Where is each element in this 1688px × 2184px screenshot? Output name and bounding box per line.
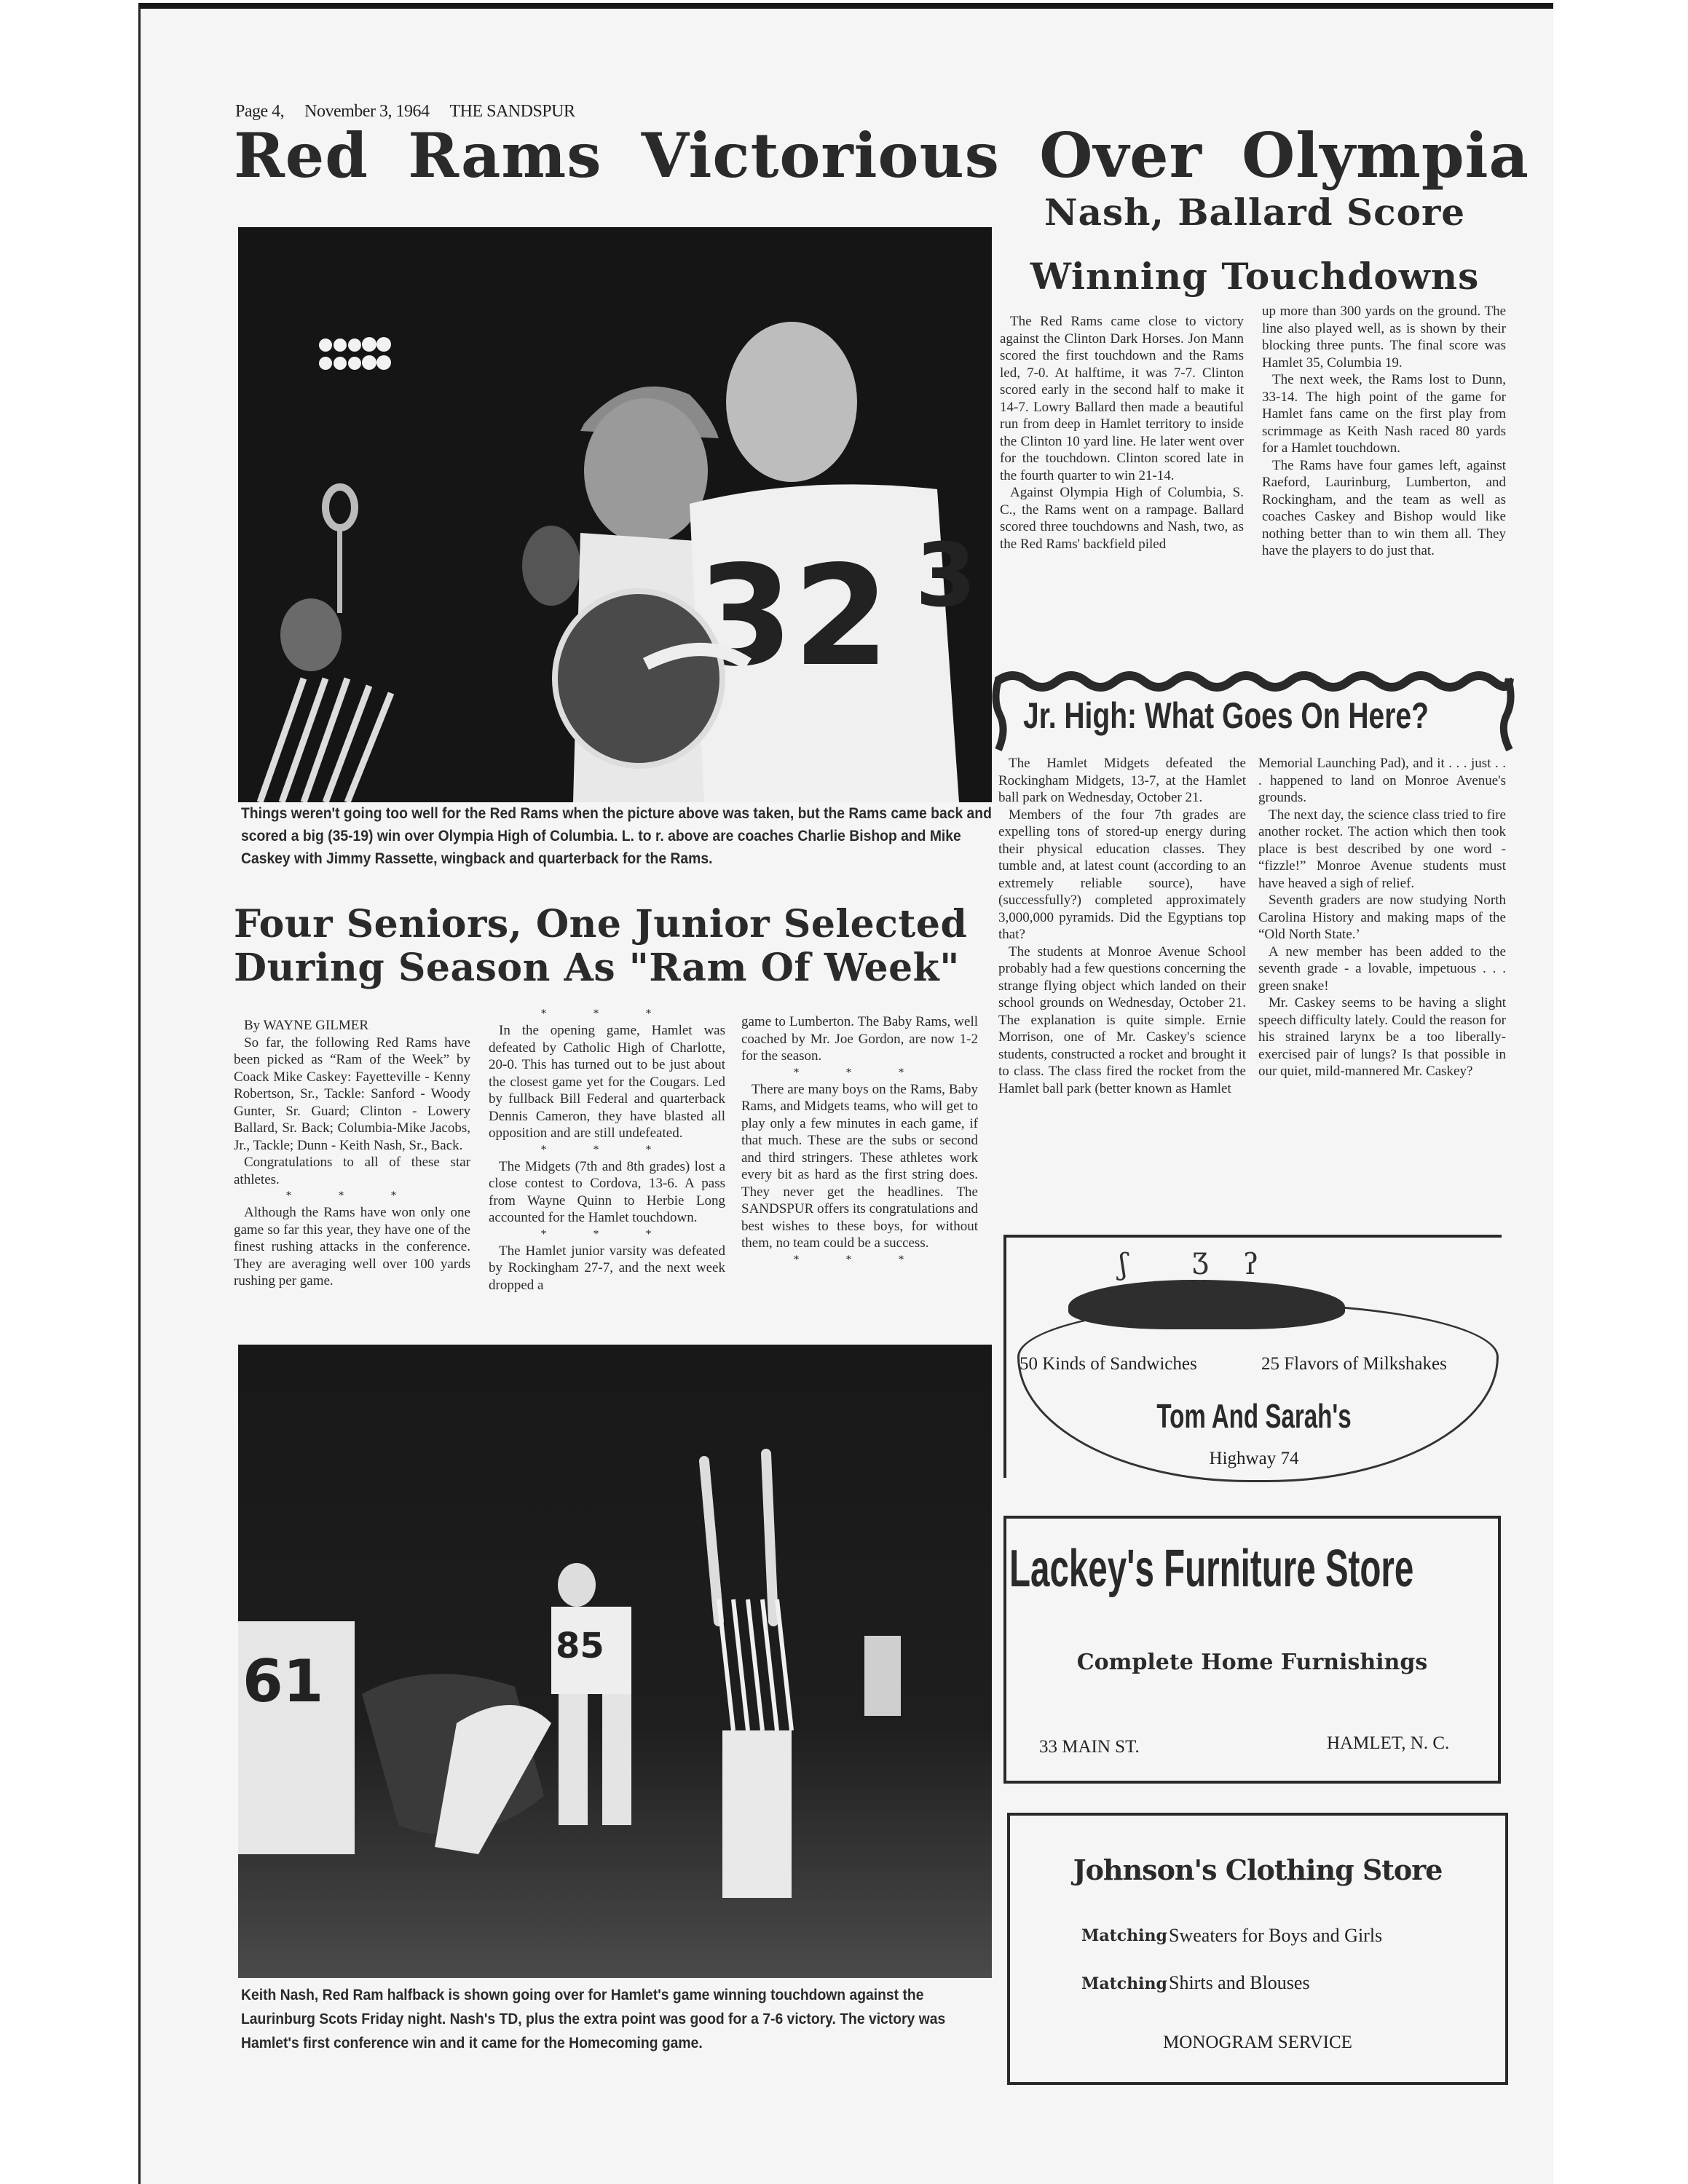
paragraph: The next week, the Rams lost to Dunn, 33… bbox=[1262, 371, 1506, 457]
svg-text:32: 32 bbox=[697, 536, 889, 697]
paragraph: The Rams have four games left, against R… bbox=[1262, 457, 1506, 560]
lackeys-furniture-ad: Lackey's Furniture Store Complete Home F… bbox=[1003, 1516, 1501, 1784]
jr-high-headline: Jr. High: What Goes On Here? bbox=[1023, 695, 1429, 737]
lackeys-name: Lackey's Furniture Store bbox=[1009, 1539, 1413, 1599]
section-separator: * * * bbox=[489, 1006, 725, 1022]
page-number: Page 4, bbox=[235, 102, 284, 121]
byline: By WAYNE GILMER bbox=[234, 1017, 470, 1034]
milkshakes-text: 25 Flavors of Milkshakes bbox=[1261, 1354, 1447, 1374]
paragraph: A new member has been added to the seven… bbox=[1258, 943, 1506, 995]
paragraph: The Hamlet Midgets defeated the Rockingh… bbox=[998, 755, 1246, 807]
paragraph: game to Lumberton. The Baby Rams, well c… bbox=[741, 1013, 978, 1065]
sideline-photo-illustration: 32 3 bbox=[238, 227, 992, 802]
ram-of-week-headline: Four Seniors, One Junior Selected During… bbox=[234, 903, 1002, 990]
paragraph: Although the Rams have won only one game… bbox=[234, 1204, 470, 1290]
steam-icon: Ʒ bbox=[1192, 1248, 1209, 1281]
matching-label-2: Matching bbox=[1081, 1974, 1167, 1993]
lead-headline: Red Rams Victorious Over Olympia bbox=[234, 125, 1515, 186]
johnsons-clothing-ad: Johnson's Clothing Store Matching Sweate… bbox=[1007, 1813, 1508, 2085]
touchdown-photo-illustration: 61 85 bbox=[238, 1345, 992, 1978]
matching-label-1: Matching bbox=[1081, 1926, 1167, 1945]
paragraph: Mr. Caskey seems to be having a slight s… bbox=[1258, 994, 1506, 1080]
issue-date: November 3, 1964 bbox=[304, 102, 429, 121]
tom-and-sarahs-name: Tom And Sarah's bbox=[1076, 1396, 1432, 1436]
svg-text:85: 85 bbox=[556, 1626, 604, 1666]
paragraph: The next day, the science class tried to… bbox=[1258, 807, 1506, 893]
ram-of-week-column-2: * * * In the opening game, Hamlet was de… bbox=[489, 1006, 725, 1294]
lead-story-column-1: The Red Rams came close to victory again… bbox=[1000, 313, 1244, 553]
section-separator: * * * bbox=[234, 1188, 470, 1204]
steam-icon: ʔ bbox=[1243, 1248, 1258, 1281]
paragraph: Congratulations to all of these star ath… bbox=[234, 1154, 470, 1188]
tom-and-sarahs-ad: ʃ Ʒ ʔ 50 Kinds of Sandwiches 25 Flavors … bbox=[1003, 1235, 1502, 1478]
lackeys-tagline: Complete Home Furnishings bbox=[1006, 1650, 1498, 1675]
ram-of-week-headline-line-1: Four Seniors, One Junior Selected bbox=[234, 903, 1002, 946]
lackeys-address: 33 MAIN ST. bbox=[1039, 1737, 1140, 1757]
ram-of-week-column-3: game to Lumberton. The Baby Rams, well c… bbox=[741, 1013, 978, 1268]
section-separator: * * * bbox=[489, 1142, 725, 1158]
paragraph: In the opening game, Hamlet was defeated… bbox=[489, 1022, 725, 1142]
paragraph: Seventh graders are now studying North C… bbox=[1258, 892, 1506, 943]
section-separator: * * * bbox=[741, 1065, 978, 1081]
steam-icon: ʃ bbox=[1119, 1248, 1127, 1281]
paper-name: THE SANDSPUR bbox=[449, 102, 575, 121]
section-separator: * * * bbox=[741, 1252, 978, 1268]
touchdown-photo-caption: Keith Nash, Red Ram halfback is shown go… bbox=[241, 1983, 998, 2055]
sideline-photo: 32 3 bbox=[238, 227, 992, 802]
johnsons-name: Johnson's Clothing Store bbox=[1010, 1853, 1505, 1886]
svg-text:3: 3 bbox=[915, 526, 977, 627]
paragraph: Members of the four 7th grades are expel… bbox=[998, 807, 1246, 943]
sweaters-text: Sweaters for Boys and Girls bbox=[1169, 1925, 1382, 1947]
touchdown-photo: 61 85 bbox=[238, 1345, 992, 1978]
jr-high-headline-box: Jr. High: What Goes On Here? bbox=[991, 664, 1515, 751]
shirts-text: Shirts and Blouses bbox=[1169, 1972, 1310, 1994]
paragraph: So far, the following Red Rams have been… bbox=[234, 1034, 470, 1155]
tom-and-sarahs-location: Highway 74 bbox=[1006, 1449, 1502, 1469]
jr-high-column-1: The Hamlet Midgets defeated the Rockingh… bbox=[998, 755, 1246, 1097]
newspaper-page: Page 4,November 3, 1964THE SANDSPUR Red … bbox=[138, 3, 1553, 2184]
paragraph: up more than 300 yards on the ground. Th… bbox=[1262, 303, 1506, 371]
section-separator: * * * bbox=[489, 1227, 725, 1243]
hotdog-icon bbox=[1068, 1280, 1345, 1329]
paragraph: There are many boys on the Rams, Baby Ra… bbox=[741, 1081, 978, 1252]
paragraph: The Midgets (7th and 8th grades) lost a … bbox=[489, 1158, 725, 1227]
ram-of-week-headline-line-2: During Season As "Ram Of Week" bbox=[234, 946, 1002, 990]
sandwiches-text: 50 Kinds of Sandwiches bbox=[1019, 1354, 1197, 1374]
paragraph: The students at Monroe Avenue School pro… bbox=[998, 943, 1246, 1098]
lead-subhead-1: Nash, Ballard Score bbox=[993, 191, 1517, 234]
sideline-photo-caption: Things weren't going too well for the Re… bbox=[241, 802, 998, 870]
folio-line: Page 4,November 3, 1964THE SANDSPUR bbox=[235, 102, 595, 122]
lackeys-city: HAMLET, N. C. bbox=[1327, 1733, 1449, 1754]
monogram-service-text: MONOGRAM SERVICE bbox=[1010, 2033, 1505, 2053]
lead-subhead-2: Winning Touchdowns bbox=[993, 255, 1517, 298]
paragraph: Against Olympia High of Columbia, S. C.,… bbox=[1000, 484, 1244, 553]
paragraph: The Hamlet junior varsity was defeated b… bbox=[489, 1243, 725, 1294]
jr-high-column-2: Memorial Launching Pad), and it . . . ju… bbox=[1258, 755, 1506, 1080]
ram-of-week-column-1: By WAYNE GILMER So far, the following Re… bbox=[234, 1017, 470, 1290]
svg-text:61: 61 bbox=[242, 1647, 323, 1715]
lead-story-column-2: up more than 300 yards on the ground. Th… bbox=[1262, 303, 1506, 560]
paragraph: Memorial Launching Pad), and it . . . ju… bbox=[1258, 755, 1506, 807]
paragraph: The Red Rams came close to victory again… bbox=[1000, 313, 1244, 484]
